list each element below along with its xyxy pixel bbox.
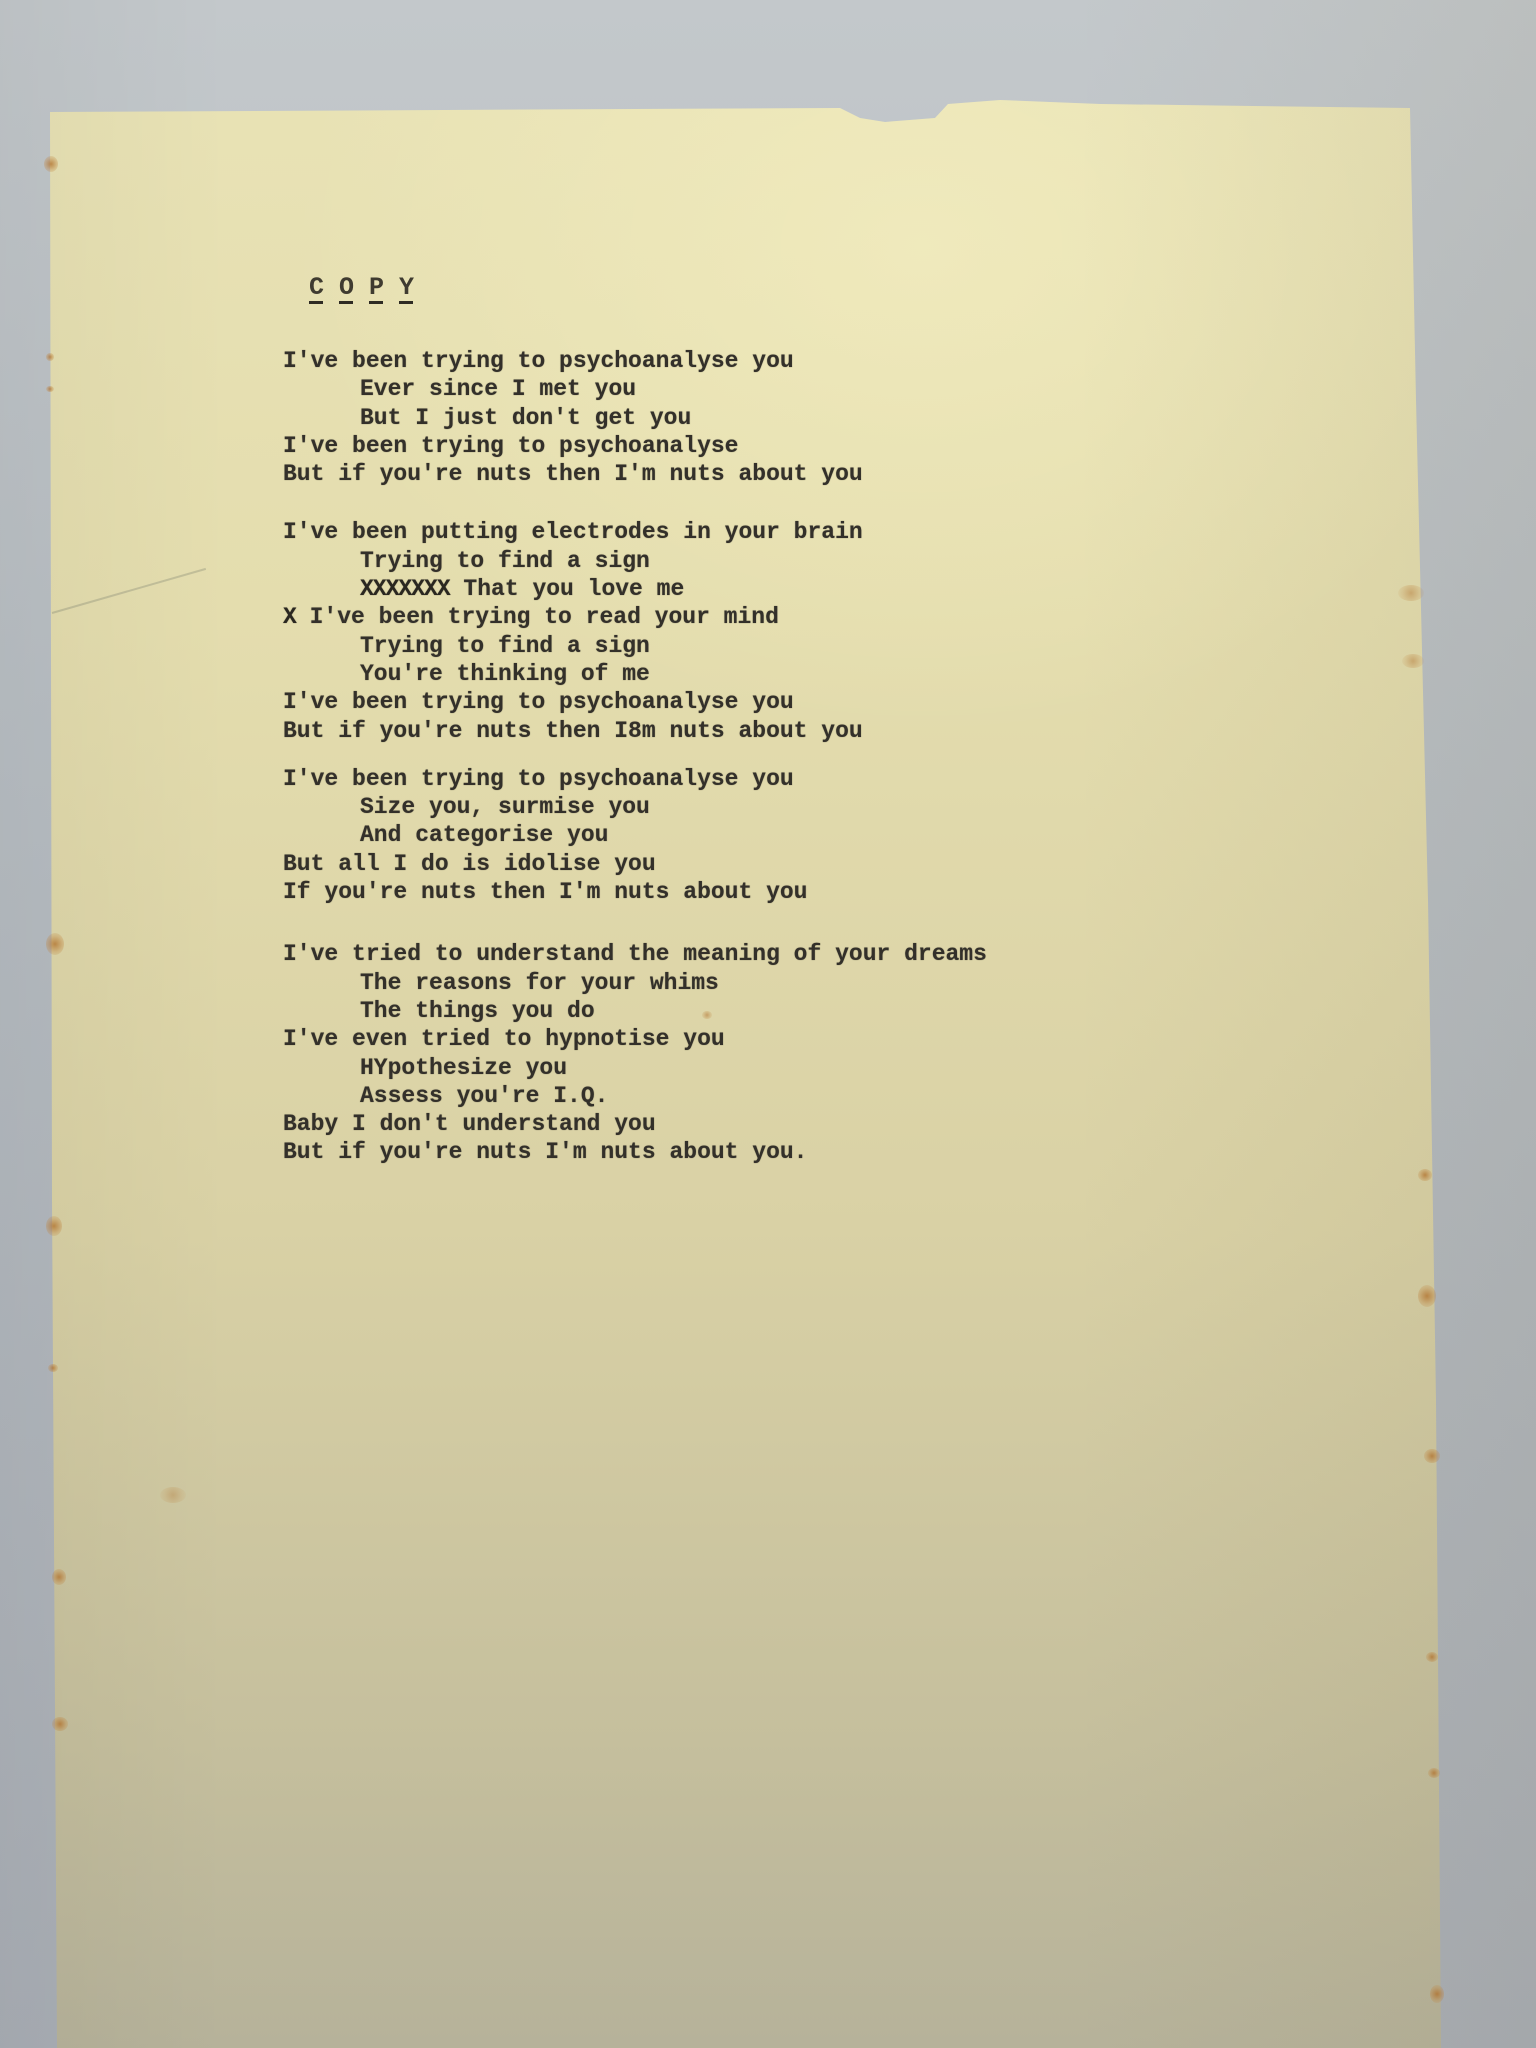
rust-stain xyxy=(1424,1449,1440,1463)
heading-letter: C xyxy=(309,276,323,304)
lyric-line: Trying to find a sign xyxy=(283,632,1383,660)
lyric-line: The reasons for your whims xyxy=(283,969,1383,997)
heading-letter: O xyxy=(339,276,353,304)
rust-stain xyxy=(52,1569,66,1585)
rust-stain xyxy=(1402,654,1424,668)
lyric-line: I've been trying to psychoanalyse you xyxy=(283,765,1383,793)
stanza-2: I've been putting electrodes in your bra… xyxy=(283,518,1383,744)
lyric-line: Baby I don't understand you xyxy=(283,1110,1383,1138)
struck-out-text: X xyxy=(283,604,296,630)
rust-stain xyxy=(46,386,54,392)
heading-letter: P xyxy=(369,276,383,304)
rust-stain xyxy=(1398,585,1424,601)
lyric-line: I've been trying to psychoanalyse xyxy=(283,432,1383,460)
struck-out-text: XXXXXXX xyxy=(360,576,450,602)
lyric-line: If you're nuts then I'm nuts about you xyxy=(283,878,1383,906)
rust-stain xyxy=(52,1717,68,1731)
lyrics-body: I've been trying to psychoanalyse you Ev… xyxy=(283,347,1383,1167)
lyric-line: The things you do xyxy=(283,997,1383,1025)
lyric-line: And categorise you xyxy=(283,821,1383,849)
rust-stain xyxy=(1430,1985,1444,2003)
lyric-line: I've been trying to psychoanalyse you xyxy=(283,688,1383,716)
lyric-line: But if you're nuts then I'm nuts about y… xyxy=(283,460,1383,488)
copy-heading: COPY xyxy=(279,244,429,304)
lyric-line: HYpothesize you xyxy=(283,1054,1383,1082)
lyric-text: I've been trying to read your mind xyxy=(296,604,779,630)
stanza-1: I've been trying to psychoanalyse you Ev… xyxy=(283,347,1383,488)
lyric-line: But I just don't get you xyxy=(283,404,1383,432)
lyric-line: But if you're nuts then I8m nuts about y… xyxy=(283,717,1383,745)
rust-stain xyxy=(1428,1768,1440,1778)
lyric-line: XXXXXXX That you love me xyxy=(283,575,1383,603)
lyric-text: That you love me xyxy=(450,576,685,602)
lyric-line: But all I do is idolise you xyxy=(283,850,1383,878)
rust-stain xyxy=(1418,1169,1432,1181)
lyric-line: Assess you're I.Q. xyxy=(283,1082,1383,1110)
lyric-line: You're thinking of me xyxy=(283,660,1383,688)
stanza-4: I've tried to understand the meaning of … xyxy=(283,940,1383,1166)
rust-stain xyxy=(46,353,54,361)
rust-stain xyxy=(44,156,58,172)
lyric-line: X I've been trying to read your mind xyxy=(283,603,1383,631)
lyric-line: Trying to find a sign xyxy=(283,547,1383,575)
rust-stain xyxy=(1418,1285,1436,1307)
rust-stain xyxy=(1426,1652,1438,1662)
lyric-line: But if you're nuts I'm nuts about you. xyxy=(283,1138,1383,1166)
rust-stain xyxy=(46,1216,62,1236)
heading-letter: Y xyxy=(399,276,413,304)
rust-stain xyxy=(48,1364,58,1372)
lyric-line: I've even tried to hypnotise you xyxy=(283,1025,1383,1053)
stanza-3: I've been trying to psychoanalyse you Si… xyxy=(283,765,1383,906)
lyric-line: Ever since I met you xyxy=(283,375,1383,403)
lyric-line: Size you, surmise you xyxy=(283,793,1383,821)
lyric-line: I've tried to understand the meaning of … xyxy=(283,940,1383,968)
lyric-line: I've been putting electrodes in your bra… xyxy=(283,518,1383,546)
rust-stain xyxy=(160,1487,186,1503)
rust-stain xyxy=(46,933,64,955)
lyric-line: I've been trying to psychoanalyse you xyxy=(283,347,1383,375)
